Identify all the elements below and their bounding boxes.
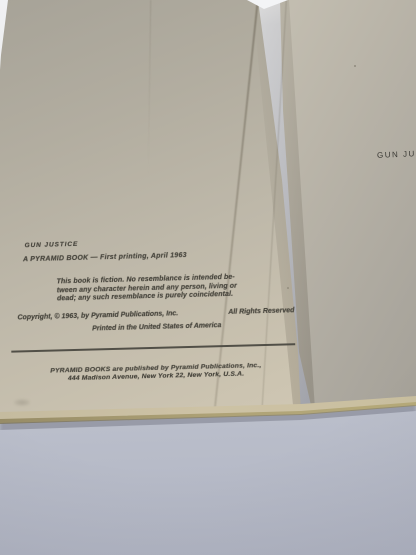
facing-page-title-partial: GUN JU	[377, 149, 416, 160]
copyright-row: Copyright, © 1963, by Pyramid Publicatio…	[17, 307, 294, 321]
printed-in-usa-line: Printed in the United States of America	[61, 321, 253, 333]
paper-speck	[287, 287, 289, 289]
copyright-page-text: GUN JUSTICE A PYRAMID BOOK — First print…	[0, 0, 416, 555]
paper-speck	[354, 65, 356, 67]
book-title-running-head: GUN JUSTICE	[24, 241, 78, 249]
book-photo: GUN JUSTICE A PYRAMID BOOK — First print…	[0, 0, 416, 555]
copyright-line: Copyright, © 1963, by Pyramid Publicatio…	[17, 310, 178, 321]
fiction-notice: This book is fiction. No resemblance is …	[56, 273, 261, 304]
divider-rule	[11, 343, 295, 352]
rights-reserved-label: All Rights Reserved	[228, 307, 294, 316]
paper-smudge	[14, 399, 30, 406]
edition-line: A PYRAMID BOOK — First printing, April 1…	[23, 252, 187, 263]
publisher-address: PYRAMID BOOKS are published by Pyramid P…	[30, 362, 282, 385]
